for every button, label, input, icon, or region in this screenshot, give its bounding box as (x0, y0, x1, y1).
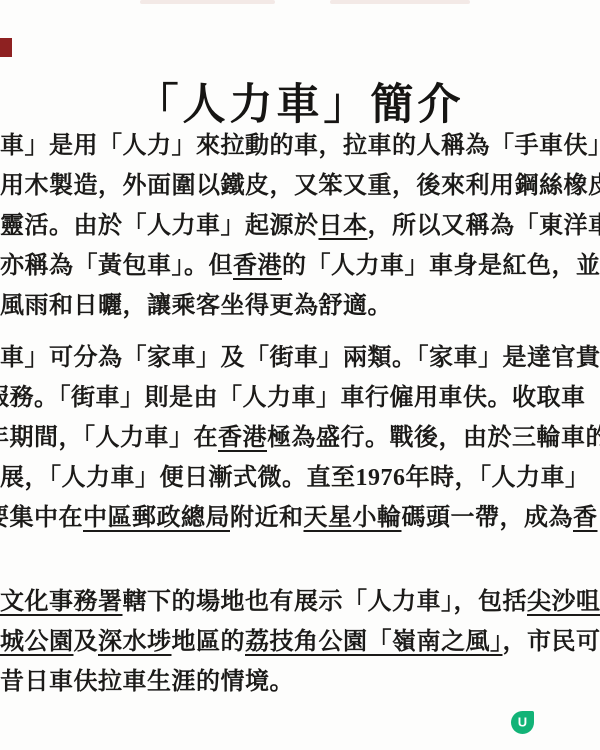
text-line: 年期間，「人力車」在香港極為盛行。戰後，由於三輪車的 (0, 418, 600, 458)
text-line: 車」可分為「家車」及「街車」兩類。「家車」是達官貴 (0, 338, 600, 378)
underlined-text: 中區郵政總局 (83, 505, 230, 531)
text-segment: 要集中在 (0, 505, 83, 531)
underlined-text: 荔技角公園「嶺南之風」 (245, 629, 503, 655)
document-body: 車」是用「人力」來拉動的車，拉車的人稱為「手車伕」用木製造，外面圍以鐵皮，又笨又… (0, 126, 600, 702)
underlined-text: 香港 (233, 253, 282, 279)
text-segment: 昔日車伕拉車生涯的情境。 (0, 669, 294, 695)
text-segment: 地區的 (172, 629, 246, 655)
text-line: 城公園及深水埗地區的荔技角公園「嶺南之風」，市民可 (0, 622, 600, 662)
text-line: 服務。「街車」則是由「人力車」車行僱用車伕。收取車 (0, 378, 600, 418)
text-line: 靈活。由於「人力車」起源於日本，所以又稱為「東洋車 (0, 206, 600, 246)
paragraph: 車」可分為「家車」及「街車」兩類。「家車」是達官貴服務。「街車」則是由「人力車」… (0, 338, 600, 538)
u-lifestyle-logo: U (511, 711, 534, 734)
underlined-text: 香 (573, 505, 598, 531)
paragraph: 車」是用「人力」來拉動的車，拉車的人稱為「手車伕」用木製造，外面圍以鐵皮，又笨又… (0, 126, 600, 326)
text-segment: ，市民可 (503, 629, 600, 655)
underlined-text: 日本 (319, 213, 368, 239)
text-segment: 的「人力車」車身是紅色，並 (282, 253, 600, 279)
page-title: 「人力車」簡介 (0, 71, 600, 132)
red-stamp-mark (0, 38, 12, 57)
underlined-text: 城公園 (0, 629, 74, 655)
text-line: 用木製造，外面圍以鐵皮，又笨又重，後來利用鋼絲橡皮 (0, 166, 600, 206)
underlined-text: 尖沙咀 (527, 589, 600, 615)
text-segment: 車」可分為「家車」及「街車」兩類。「家車」是達官貴 (0, 345, 600, 371)
text-line: 車」是用「人力」來拉動的車，拉車的人稱為「手車伕」 (0, 126, 600, 166)
u-logo-letter: U (518, 716, 527, 729)
underlined-text: 天星小輪 (304, 505, 402, 531)
text-line: 要集中在中區郵政總局附近和天星小輪碼頭一帶，成為香 (0, 498, 600, 538)
text-segment: 靈活。由於「人力車」起源於 (0, 213, 319, 239)
text-line: 昔日車伕拉車生涯的情境。 (0, 662, 600, 702)
text-segment: 展，「人力車」便日漸式微。直至1976年時，「人力車」 (0, 465, 590, 491)
text-segment: 及 (74, 629, 99, 655)
text-segment: 服務。「街車」則是由「人力車」車行僱用車伕。收取車 (0, 385, 586, 411)
underlined-text: 香港 (218, 425, 267, 451)
text-segment: 年期間，「人力車」在 (0, 425, 218, 451)
text-segment: 附近和 (230, 505, 304, 531)
text-segment: ，所以又稱為「東洋車 (368, 213, 600, 239)
text-segment: 用木製造，外面圍以鐵皮，又笨又重，後來利用鋼絲橡皮 (0, 173, 600, 199)
underlined-text: 深水埗 (98, 629, 172, 655)
text-line: 風雨和日曬，讓乘客坐得更為舒適。 (0, 286, 600, 326)
scan-smudge-right (330, 0, 470, 4)
text-segment: 車」是用「人力」來拉動的車，拉車的人稱為「手車伕」 (0, 133, 600, 159)
text-segment: 極為盛行。戰後，由於三輪車的 (267, 425, 600, 451)
text-segment: 亦稱為「黃包車」。但 (0, 253, 233, 279)
text-line: 展，「人力車」便日漸式微。直至1976年時，「人力車」 (0, 458, 600, 498)
text-segment: 碼頭一帶，成為 (402, 505, 574, 531)
text-line: 亦稱為「黃包車」。但香港的「人力車」車身是紅色，並 (0, 246, 600, 286)
text-line: 文化事務署轄下的場地也有展示「人力車」，包括尖沙咀的 (0, 582, 600, 622)
paragraph: 文化事務署轄下的場地也有展示「人力車」，包括尖沙咀的城公園及深水埗地區的荔技角公… (0, 582, 600, 702)
scan-smudge-left (140, 0, 275, 4)
underlined-text: 文化事務署 (0, 589, 123, 615)
text-segment: 風雨和日曬，讓乘客坐得更為舒適。 (0, 293, 392, 319)
text-segment: 轄下的場地也有展示「人力車」，包括 (123, 589, 528, 615)
